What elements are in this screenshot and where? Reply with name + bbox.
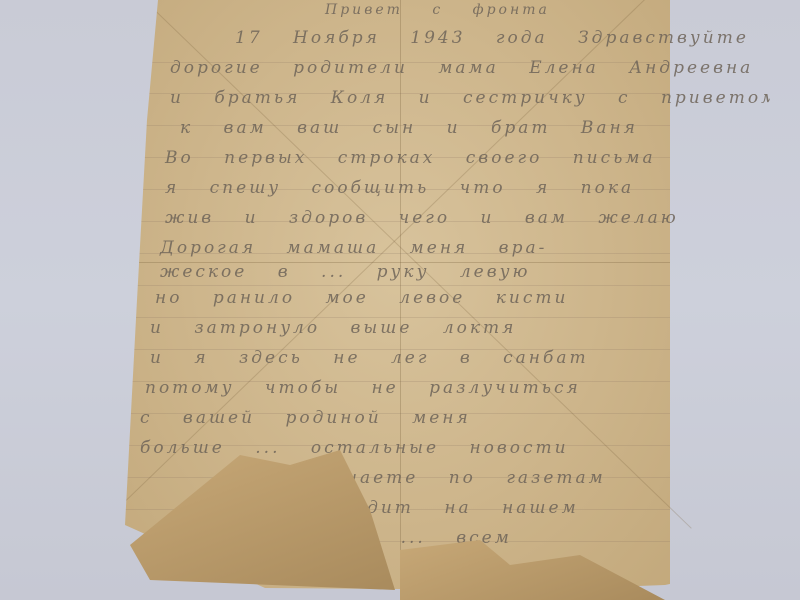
letter-line: и братья Коля и сестричку с приветом (125, 88, 715, 108)
letter-line: потому чтобы не разлучиться (125, 378, 690, 398)
letter-line: я спешу сообщить что я пока (125, 178, 710, 198)
letter-line: жеское в ... руку левую (125, 262, 705, 282)
letter-line: с вашей родиной меня (125, 408, 685, 428)
letter-line: больше ... остальные новости (125, 438, 685, 458)
letter-line: и я здесь не лег в санбат (125, 348, 695, 368)
letter-line: 17 Ноября 1943 года Здравствуйте (125, 28, 780, 48)
letter-line: и затронуло выше локтя (125, 318, 695, 338)
letter-line: но ранило мое левое кисти (125, 288, 700, 308)
letter-line: дорогие родители мама Елена Андреевна (125, 58, 715, 78)
letter-line: жив и здоров чего и вам желаю (125, 208, 710, 228)
letter-line: Во первых строках своего письма (125, 148, 710, 168)
letter-header: Привет с фронта (125, 2, 800, 18)
ruled-line (125, 285, 670, 286)
letter-line: к вам ваш сын и брат Ваня (125, 118, 725, 138)
letter-line: Дорогая мамаша меня вра- (125, 238, 705, 258)
